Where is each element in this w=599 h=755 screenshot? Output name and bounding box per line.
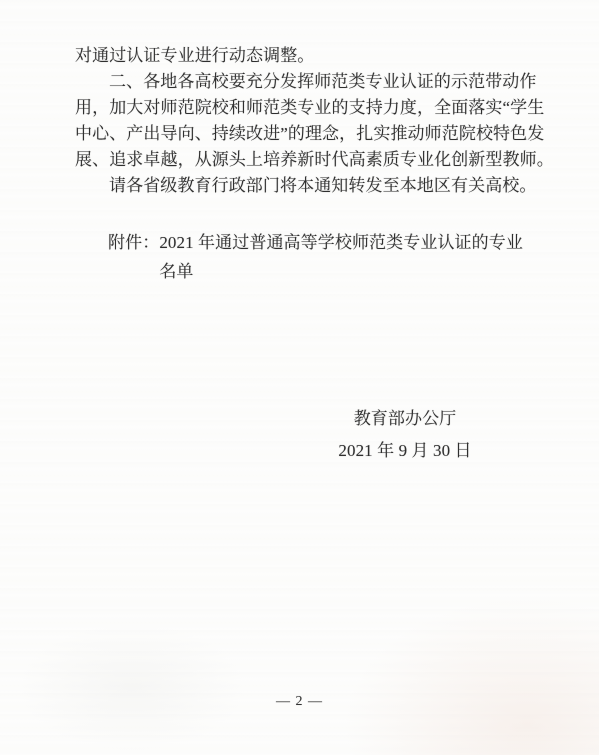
attachment-title-line-2: 名单 [159,257,523,286]
attachment-title-line-1: 2021 年通过普通高等学校师范类专业认证的专业 [159,228,523,257]
signature-block: 教育部办公厅 2021 年 9 月 30 日 [308,403,502,467]
body-line: 展、追求卓越，从源头上培养新时代高素质专业化创新型教师。 [75,147,541,173]
signature-date: 2021 年 9 月 30 日 [308,435,502,467]
attachment-label: 附件： [108,228,159,286]
body-line: 二、各地各高校要充分发挥师范类专业认证的示范带动作 [75,69,541,95]
document-page: 对通过认证专业进行动态调整。 二、各地各高校要充分发挥师范类专业认证的示范带动作… [0,0,599,755]
body-line: 对通过认证专业进行动态调整。 [75,43,541,69]
body-line: 请各省级教育行政部门将本通知转发至本地区有关高校。 [75,173,541,199]
attachment-title: 2021 年通过普通高等学校师范类专业认证的专业 名单 [159,228,523,286]
page-number: — 2 — [0,694,599,710]
body-line: 中心、产出导向、持续改进”的理念，扎实推动师范院校特色发 [75,121,541,147]
body-line: 用，加大对师范院校和师范类专业的支持力度，全面落实“学生 [75,95,541,121]
body-paragraphs: 对通过认证专业进行动态调整。 二、各地各高校要充分发挥师范类专业认证的示范带动作… [75,43,541,199]
attachment-block: 附件： 2021 年通过普通高等学校师范类专业认证的专业 名单 [108,228,523,286]
signature-organization: 教育部办公厅 [308,403,502,435]
